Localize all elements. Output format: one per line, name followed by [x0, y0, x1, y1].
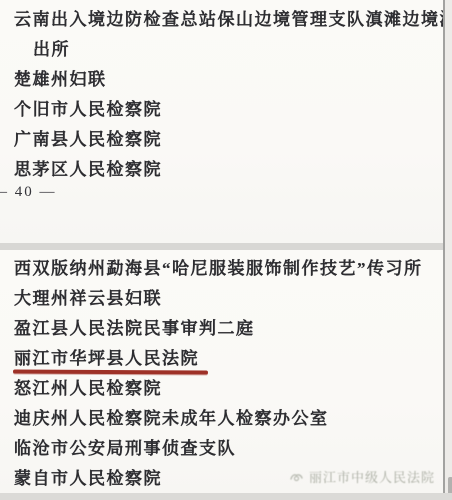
watermark: 丽江市中级人民法院	[289, 467, 435, 486]
court-emblem-icon	[289, 469, 304, 484]
award-list-top: 云南出入境边防检查总站保山边境管理支队滇滩边境派 出所 楚雄州妇联 个旧市人民检…	[0, 0, 444, 185]
list-item: 迪庆州人民检察院未成年人检察办公室	[0, 404, 444, 434]
photo-bottom-edge	[0, 493, 452, 500]
list-item: 广南县人民检察院	[0, 125, 444, 155]
page-number: — 40 —	[0, 184, 57, 201]
page-edge-strip	[443, 0, 452, 500]
page-bottom: 西双版纳州勐海县“哈尼服装服饰制作技艺”传习所 大理州祥云县妇联 盈江县人民法院…	[0, 250, 444, 494]
document-photo: 云南出入境边防检查总站保山边境管理支队滇滩边境派 出所 楚雄州妇联 个旧市人民检…	[0, 0, 452, 500]
list-item: 西双版纳州勐海县“哈尼服装服饰制作技艺”传习所	[0, 254, 444, 284]
list-item: 临沧市公安局刑事侦查支队	[0, 434, 444, 464]
list-item: 个旧市人民检察院	[0, 95, 444, 125]
page-divider	[0, 243, 452, 250]
list-item: 楚雄州妇联	[0, 65, 444, 95]
list-item: 云南出入境边防检查总站保山边境管理支队滇滩边境派	[0, 5, 444, 35]
list-item: 大理州祥云县妇联	[0, 284, 444, 314]
list-item: 盈江县人民法院民事审判二庭	[0, 314, 444, 344]
list-item: 怒江州人民检察院	[0, 374, 444, 404]
watermark-text: 丽江市中级人民法院	[309, 467, 435, 486]
page-top: 云南出入境边防检查总站保山边境管理支队滇滩边境派 出所 楚雄州妇联 个旧市人民检…	[0, 0, 444, 243]
list-item-wrap: 出所	[0, 35, 444, 65]
list-item: 思茅区人民检察院	[0, 155, 444, 185]
